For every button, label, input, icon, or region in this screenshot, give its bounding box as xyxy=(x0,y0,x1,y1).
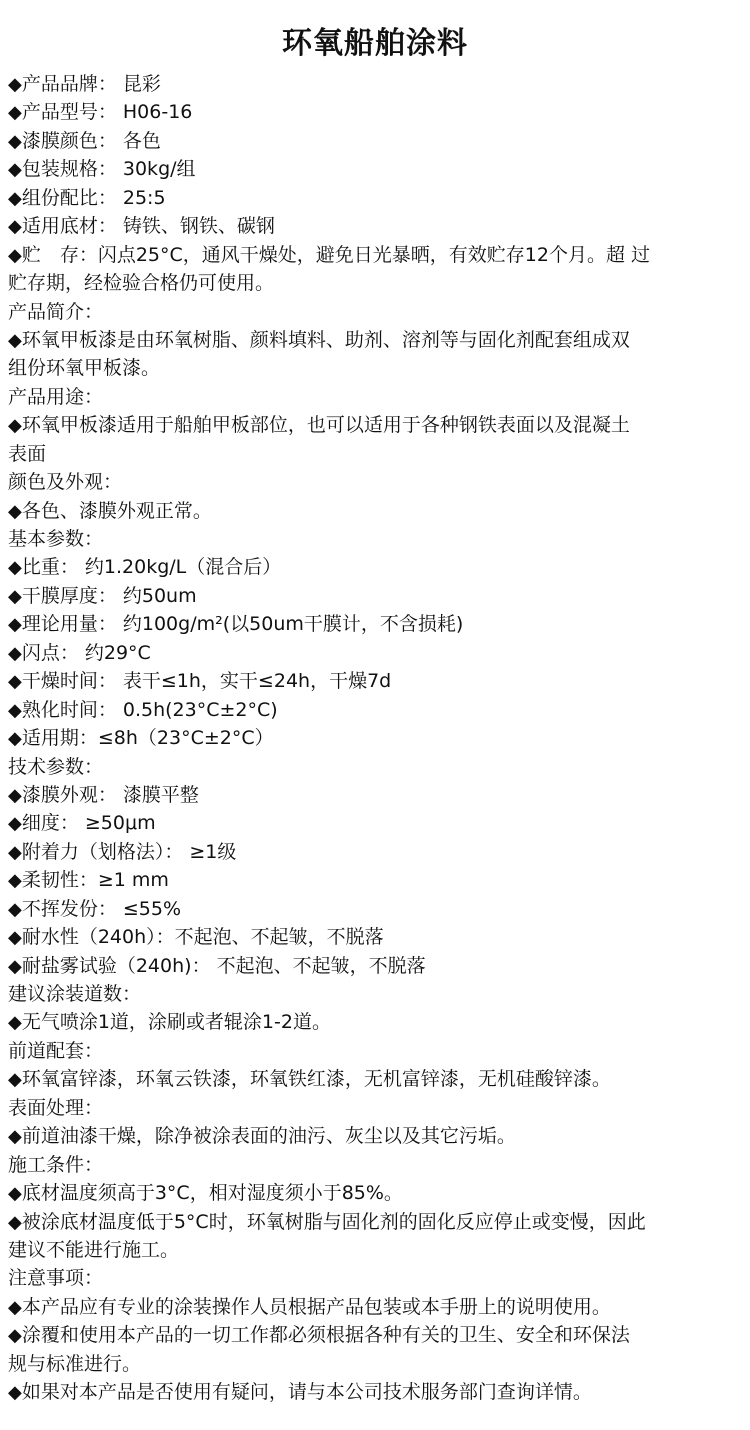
line-text: 无气喷涂1道，涂刷或者辊涂1-2道。 xyxy=(22,1011,331,1033)
line-text: 比重： 约1.20kg/L（混合后） xyxy=(22,556,281,578)
diamond-bullet-icon: ◆ xyxy=(8,415,22,436)
bullet-item: ◆包装规格： 30kg/组 xyxy=(8,155,744,183)
diamond-bullet-icon: ◆ xyxy=(8,330,22,351)
diamond-bullet-icon: ◆ xyxy=(8,102,22,123)
line-text: 产品品牌： 昆彩 xyxy=(22,73,161,95)
diamond-bullet-icon: ◆ xyxy=(8,700,22,721)
bullet-item: ◆干燥时间： 表干≤1h，实干≤24h，干燥7d xyxy=(8,667,744,695)
line-text: 表面处理： xyxy=(8,1097,103,1119)
bullet-item: ◆漆膜颜色： 各色 xyxy=(8,127,744,155)
text-line: 产品用途： xyxy=(8,383,744,411)
bullet-item: ◆环氧甲板漆适用于船舶甲板部位，也可以适用于各种钢铁表面以及混凝土 xyxy=(8,411,744,439)
diamond-bullet-icon: ◆ xyxy=(8,501,22,522)
line-text: 环氧甲板漆是由环氧树脂、颜料填料、助剂、溶剂等与固化剂配套组成双 xyxy=(22,329,630,351)
text-line: 贮存期，经检验合格仍可使用。 xyxy=(8,269,744,297)
bullet-item: ◆熟化时间： 0.5h(23°C±2°C) xyxy=(8,696,744,724)
diamond-bullet-icon: ◆ xyxy=(8,131,22,152)
bullet-item: ◆细度： ≥50μm xyxy=(8,809,744,837)
line-text: 漆膜外观： 漆膜平整 xyxy=(22,784,199,806)
diamond-bullet-icon: ◆ xyxy=(8,1382,22,1403)
line-text: 熟化时间： 0.5h(23°C±2°C) xyxy=(22,699,278,721)
diamond-bullet-icon: ◆ xyxy=(8,1183,22,1204)
line-text: 贮存期，经检验合格仍可使用。 xyxy=(8,272,274,294)
text-line: 基本参数： xyxy=(8,525,744,553)
bullet-item: ◆各色、漆膜外观正常。 xyxy=(8,497,744,525)
diamond-bullet-icon: ◆ xyxy=(8,245,22,266)
line-text: 如果对本产品是否使用有疑问，请与本公司技术服务部门查询详情。 xyxy=(22,1381,592,1403)
bullet-item: ◆不挥发份： ≤55% xyxy=(8,895,744,923)
bullet-item: ◆附着力（划格法）： ≥1级 xyxy=(8,838,744,866)
text-line: 施工条件： xyxy=(8,1151,744,1179)
diamond-bullet-icon: ◆ xyxy=(8,614,22,635)
text-line: 表面处理： xyxy=(8,1094,744,1122)
text-line: 前道配套： xyxy=(8,1037,744,1065)
diamond-bullet-icon: ◆ xyxy=(8,813,22,834)
line-text: 底材温度须高于3°C，相对湿度须小于85%。 xyxy=(22,1182,403,1204)
line-text: 前道油漆干燥，除净被涂表面的油污、灰尘以及其它污垢。 xyxy=(22,1125,516,1147)
text-line: 组份环氧甲板漆。 xyxy=(8,354,744,382)
bullet-item: ◆环氧富锌漆，环氧云铁漆，环氧铁红漆，无机富锌漆，无机硅酸锌漆。 xyxy=(8,1065,744,1093)
line-text: 组份环氧甲板漆。 xyxy=(8,357,160,379)
bullet-item: ◆闪点： 约29°C xyxy=(8,639,744,667)
text-line: 注意事项： xyxy=(8,1264,744,1292)
diamond-bullet-icon: ◆ xyxy=(8,956,22,977)
line-text: 细度： ≥50μm xyxy=(22,812,156,834)
text-line: 颜色及外观： xyxy=(8,468,744,496)
line-text: 涂覆和使用本产品的一切工作都必须根据各种有关的卫生、安全和环保法 xyxy=(22,1324,630,1346)
bullet-item: ◆无气喷涂1道，涂刷或者辊涂1-2道。 xyxy=(8,1008,744,1036)
line-text: 产品型号： H06-16 xyxy=(22,101,193,123)
bullet-item: ◆比重： 约1.20kg/L（混合后） xyxy=(8,553,744,581)
bullet-item: ◆耐水性（240h）：不起泡、不起皱，不脱落 xyxy=(8,923,744,951)
diamond-bullet-icon: ◆ xyxy=(8,74,22,95)
diamond-bullet-icon: ◆ xyxy=(8,842,22,863)
text-line: 建议不能进行施工。 xyxy=(8,1236,744,1264)
line-text: 产品用途： xyxy=(8,386,103,408)
line-text: 贮 存：闪点25°C，通风干燥处，避免日光暴晒，有效贮存12个月。超 过 xyxy=(22,244,650,266)
line-text: 建议涂装道数： xyxy=(8,983,141,1005)
bullet-item: ◆涂覆和使用本产品的一切工作都必须根据各种有关的卫生、安全和环保法 xyxy=(8,1321,744,1349)
bullet-item: ◆产品型号： H06-16 xyxy=(8,98,744,126)
diamond-bullet-icon: ◆ xyxy=(8,643,22,664)
bullet-item: ◆漆膜外观： 漆膜平整 xyxy=(8,781,744,809)
diamond-bullet-icon: ◆ xyxy=(8,927,22,948)
line-text: 不挥发份： ≤55% xyxy=(22,898,181,920)
bullet-item: ◆贮 存：闪点25°C，通风干燥处，避免日光暴晒，有效贮存12个月。超 过 xyxy=(8,241,744,269)
document-body: ◆产品品牌： 昆彩◆产品型号： H06-16◆漆膜颜色： 各色◆包装规格： 30… xyxy=(8,70,744,1407)
line-text: 组份配比： 25:5 xyxy=(22,187,166,209)
line-text: 产品简介： xyxy=(8,301,103,323)
bullet-item: ◆理论用量： 约100g/m²(以50um干膜计，不含损耗) xyxy=(8,610,744,638)
line-text: 耐水性（240h）：不起泡、不起皱，不脱落 xyxy=(22,926,384,948)
diamond-bullet-icon: ◆ xyxy=(8,188,22,209)
line-text: 注意事项： xyxy=(8,1267,103,1289)
diamond-bullet-icon: ◆ xyxy=(8,870,22,891)
bullet-item: ◆耐盐雾试验（240h)： 不起泡、不起皱，不脱落 xyxy=(8,952,744,980)
line-text: 闪点： 约29°C xyxy=(22,642,151,664)
diamond-bullet-icon: ◆ xyxy=(8,216,22,237)
bullet-item: ◆组份配比： 25:5 xyxy=(8,184,744,212)
bullet-item: ◆被涂底材温度低于5°C时，环氧树脂与固化剂的固化反应停止或变慢，因此 xyxy=(8,1208,744,1236)
bullet-item: ◆底材温度须高于3°C，相对湿度须小于85%。 xyxy=(8,1179,744,1207)
page-title: 环氧船舶涂料 xyxy=(0,18,750,62)
line-text: 被涂底材温度低于5°C时，环氧树脂与固化剂的固化反应停止或变慢，因此 xyxy=(22,1211,646,1233)
line-text: 附着力（划格法）： ≥1级 xyxy=(22,841,237,863)
line-text: 适用期：≤8h（23°C±2°C） xyxy=(22,727,274,749)
bullet-item: ◆柔韧性：≥1 mm xyxy=(8,866,744,894)
diamond-bullet-icon: ◆ xyxy=(8,899,22,920)
bullet-item: ◆适用底材： 铸铁、钢铁、碳钢 xyxy=(8,212,744,240)
line-text: 环氧富锌漆，环氧云铁漆，环氧铁红漆，无机富锌漆，无机硅酸锌漆。 xyxy=(22,1068,611,1090)
line-text: 技术参数： xyxy=(8,756,103,778)
line-text: 本产品应有专业的涂装操作人员根据产品包装或本手册上的说明使用。 xyxy=(22,1296,611,1318)
diamond-bullet-icon: ◆ xyxy=(8,159,22,180)
text-line: 建议涂装道数： xyxy=(8,980,744,1008)
bullet-item: ◆本产品应有专业的涂装操作人员根据产品包装或本手册上的说明使用。 xyxy=(8,1293,744,1321)
bullet-item: ◆前道油漆干燥，除净被涂表面的油污、灰尘以及其它污垢。 xyxy=(8,1122,744,1150)
line-text: 表面 xyxy=(8,443,46,465)
diamond-bullet-icon: ◆ xyxy=(8,1069,22,1090)
line-text: 包装规格： 30kg/组 xyxy=(22,158,196,180)
diamond-bullet-icon: ◆ xyxy=(8,728,22,749)
line-text: 规与标准进行。 xyxy=(8,1353,141,1375)
line-text: 颜色及外观： xyxy=(8,471,122,493)
text-line: 规与标准进行。 xyxy=(8,1350,744,1378)
line-text: 漆膜颜色： 各色 xyxy=(22,130,161,152)
diamond-bullet-icon: ◆ xyxy=(8,586,22,607)
diamond-bullet-icon: ◆ xyxy=(8,557,22,578)
line-text: 干燥时间： 表干≤1h，实干≤24h，干燥7d xyxy=(22,670,391,692)
line-text: 建议不能进行施工。 xyxy=(8,1239,179,1261)
text-line: 表面 xyxy=(8,440,744,468)
line-text: 基本参数： xyxy=(8,528,103,550)
diamond-bullet-icon: ◆ xyxy=(8,1012,22,1033)
line-text: 理论用量： 约100g/m²(以50um干膜计，不含损耗) xyxy=(22,613,463,635)
diamond-bullet-icon: ◆ xyxy=(8,1212,22,1233)
bullet-item: ◆产品品牌： 昆彩 xyxy=(8,70,744,98)
line-text: 干膜厚度： 约50um xyxy=(22,585,197,607)
diamond-bullet-icon: ◆ xyxy=(8,1297,22,1318)
line-text: 适用底材： 铸铁、钢铁、碳钢 xyxy=(22,215,275,237)
bullet-item: ◆环氧甲板漆是由环氧树脂、颜料填料、助剂、溶剂等与固化剂配套组成双 xyxy=(8,326,744,354)
text-line: 技术参数： xyxy=(8,753,744,781)
diamond-bullet-icon: ◆ xyxy=(8,671,22,692)
bullet-item: ◆干膜厚度： 约50um xyxy=(8,582,744,610)
line-text: 施工条件： xyxy=(8,1154,103,1176)
bullet-item: ◆适用期：≤8h（23°C±2°C） xyxy=(8,724,744,752)
diamond-bullet-icon: ◆ xyxy=(8,1325,22,1346)
diamond-bullet-icon: ◆ xyxy=(8,1126,22,1147)
text-line: 产品简介： xyxy=(8,298,744,326)
line-text: 柔韧性：≥1 mm xyxy=(22,869,169,891)
line-text: 环氧甲板漆适用于船舶甲板部位，也可以适用于各种钢铁表面以及混凝土 xyxy=(22,414,630,436)
line-text: 各色、漆膜外观正常。 xyxy=(22,500,212,522)
diamond-bullet-icon: ◆ xyxy=(8,785,22,806)
line-text: 前道配套： xyxy=(8,1040,103,1062)
line-text: 耐盐雾试验（240h)： 不起泡、不起皱，不脱落 xyxy=(22,955,426,977)
bullet-item: ◆如果对本产品是否使用有疑问，请与本公司技术服务部门查询详情。 xyxy=(8,1378,744,1406)
